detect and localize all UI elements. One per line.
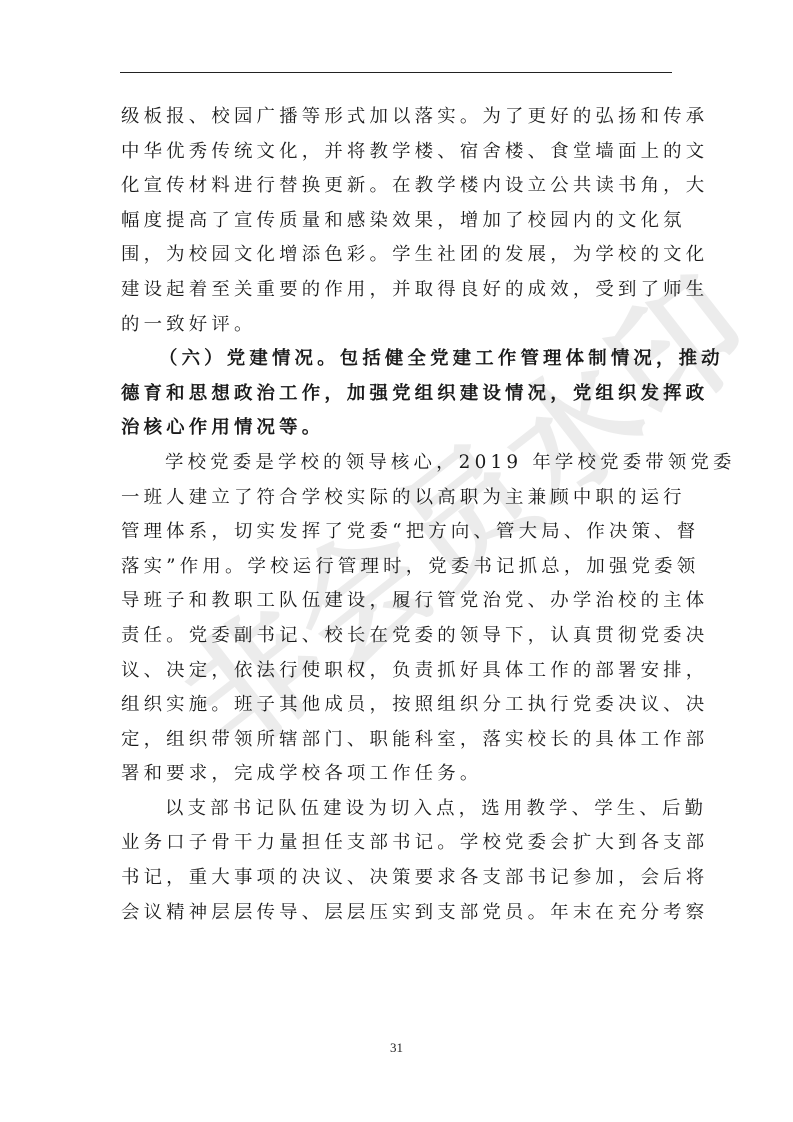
text-line: 署和要求，完成学校各项工作任务。 (121, 757, 673, 792)
text-line: （六）党建情况。包括健全党建工作管理体制情况，推动 (121, 342, 673, 377)
page-number: 31 (0, 1040, 793, 1056)
paragraph-campus-culture: 级板报、校园广播等形式加以落实。为了更好的弘扬和传承 中华优秀传统文化，并将教学… (121, 100, 673, 342)
text-line: 的一致好评。 (121, 308, 673, 343)
text-line: 建设起着至关重要的作用，并取得良好的成效，受到了师生 (121, 273, 673, 308)
text-line: 业务口子骨干力量担任支部书记。学校党委会扩大到各支部 (121, 826, 673, 861)
text-line: 幅度提高了宣传质量和感染效果，增加了校园内的文化氛 (121, 204, 673, 239)
document-page: 非会员水印 级板报、校园广播等形式加以落实。为了更好的弘扬和传承 中华优秀传统文… (0, 0, 793, 1122)
text-line: 组织实施。班子其他成员，按照组织分工执行党委决议、决 (121, 688, 673, 723)
text-line: 化宣传材料进行替换更新。在教学楼内设立公共读书角，大 (121, 169, 673, 204)
text-line: 会议精神层层传导、层层压实到支部党员。年末在充分考察 (121, 896, 673, 931)
text-line: 管理体系，切实发挥了党委“把方向、管大局、作决策、督 (121, 515, 673, 550)
text-line: 治核心作用情况等。 (121, 411, 673, 446)
text-line: 一班人建立了符合学校实际的以高职为主兼顾中职的运行 (121, 481, 673, 516)
text-line: 落实”作用。学校运行管理时，党委书记抓总，加强党委领 (121, 550, 673, 585)
text-line: 围，为校园文化增添色彩。学生社团的发展，为学校的文化 (121, 238, 673, 273)
text-line: 导班子和教职工队伍建设，履行管党治党、办学治校的主体 (121, 584, 673, 619)
paragraph-party-committee: 学校党委是学校的领导核心，2019 年学校党委带领党委 一班人建立了符合学校实际… (121, 446, 673, 792)
text-line: 责任。党委副书记、校长在党委的领导下，认真贯彻党委决 (121, 619, 673, 654)
text-line: 书记，重大事项的决议、决策要求各支部书记参加，会后将 (121, 861, 673, 896)
body-text: 级板报、校园广播等形式加以落实。为了更好的弘扬和传承 中华优秀传统文化，并将教学… (121, 100, 673, 930)
text-line: 德育和思想政治工作，加强党组织建设情况，党组织发挥政 (121, 377, 673, 412)
header-rule (120, 72, 672, 73)
text-line: 中华优秀传统文化，并将教学楼、宿舍楼、食堂墙面上的文 (121, 135, 673, 170)
section-heading-party-building: （六）党建情况。包括健全党建工作管理体制情况，推动 德育和思想政治工作，加强党组… (121, 342, 673, 446)
text-line: 级板报、校园广播等形式加以落实。为了更好的弘扬和传承 (121, 100, 673, 135)
text-line: 以支部书记队伍建设为切入点，选用教学、学生、后勤 (121, 792, 673, 827)
paragraph-branch-secretaries: 以支部书记队伍建设为切入点，选用教学、学生、后勤 业务口子骨干力量担任支部书记。… (121, 792, 673, 930)
text-line: 议、决定，依法行使职权，负责抓好具体工作的部署安排， (121, 654, 673, 689)
text-line: 定，组织带领所辖部门、职能科室，落实校长的具体工作部 (121, 723, 673, 758)
text-line: 学校党委是学校的领导核心，2019 年学校党委带领党委 (121, 446, 673, 481)
